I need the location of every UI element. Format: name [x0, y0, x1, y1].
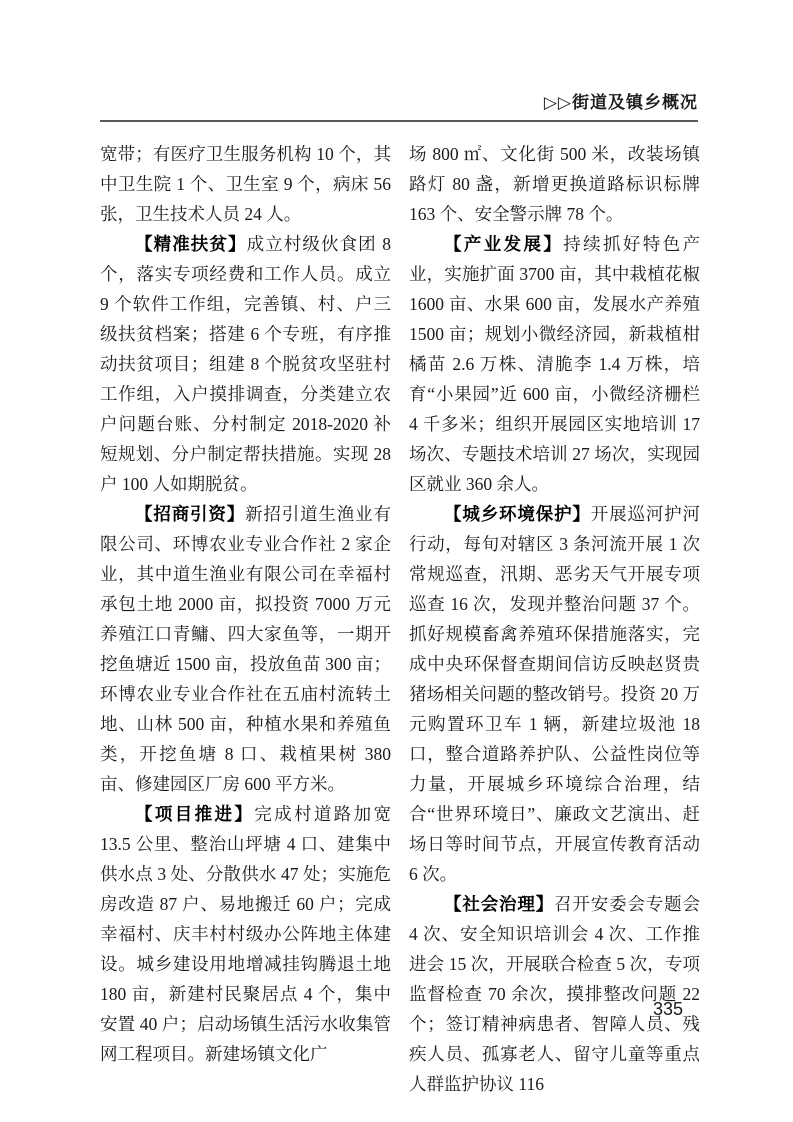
left-column: 宽带；有医疗卫生服务机构 10 个，其中卫生院 1 个、卫生室 9 个，病床 5…: [100, 139, 391, 1099]
paragraph-continuation: 场 800 ㎡、文化街 500 米，改装场镇路灯 80 盏，新增更换道路标识标牌…: [409, 139, 700, 229]
paragraph-text: 完成村道路加宽 13.5 公里、整治山坪塘 4 口、建集中供水点 3 处、分散供…: [100, 804, 391, 1064]
paragraph-xiangmutuijin: 【项目推进】完成村道路加宽 13.5 公里、整治山坪塘 4 口、建集中供水点 3…: [100, 799, 391, 1069]
section-heading: 【产业发展】: [444, 234, 563, 254]
paragraph-shehuizhili: 【社会治理】召开安委会专题会 4 次、安全知识培训会 4 次、工作推进会 15 …: [409, 889, 700, 1099]
paragraph-text: 宽带；有医疗卫生服务机构 10 个，其中卫生院 1 个、卫生室 9 个，病床 5…: [100, 144, 391, 224]
page-header: ▷▷街道及镇乡概况: [100, 88, 698, 122]
paragraph-text: 成立村级伙食团 8 个，落实专项经费和工作人员。成立 9 个软件工作组，完善镇、…: [100, 234, 391, 494]
paragraph-text: 场 800 ㎡、文化街 500 米，改装场镇路灯 80 盏，新增更换道路标识标牌…: [409, 144, 700, 224]
section-heading: 【项目推进】: [135, 804, 254, 824]
section-heading: 【精准扶贫】: [135, 234, 247, 254]
paragraph-continuation: 宽带；有医疗卫生服务机构 10 个，其中卫生院 1 个、卫生室 9 个，病床 5…: [100, 139, 391, 229]
paragraph-text: 开展巡河护河行动，每旬对辖区 3 条河流开展 1 次常规巡查，汛期、恶劣天气开展…: [409, 504, 700, 884]
section-heading: 【社会治理】: [444, 894, 554, 914]
paragraph-jingzhunfupin: 【精准扶贫】成立村级伙食团 8 个，落实专项经费和工作人员。成立 9 个软件工作…: [100, 229, 391, 499]
section-heading: 【招商引资】: [135, 504, 245, 524]
paragraph-zhaoshangyinzi: 【招商引资】新招引道生渔业有限公司、环博农业专业合作社 2 家企业，其中道生渔业…: [100, 499, 391, 799]
paragraph-text: 持续抓好特色产业，实施扩面 3700 亩，其中栽植花椒 1600 亩、水果 60…: [409, 234, 700, 494]
paragraph-text: 新招引道生渔业有限公司、环博农业专业合作社 2 家企业，其中道生渔业有限公司在幸…: [100, 504, 391, 794]
text-columns: 宽带；有医疗卫生服务机构 10 个，其中卫生院 1 个、卫生室 9 个，病床 5…: [100, 139, 700, 1099]
paragraph-text: 召开安委会专题会 4 次、安全知识培训会 4 次、工作推进会 15 次，开展联合…: [409, 894, 700, 1094]
paragraph-chengxianghuanjingbaohu: 【城乡环境保护】开展巡河护河行动，每旬对辖区 3 条河流开展 1 次常规巡查，汛…: [409, 499, 700, 889]
running-head-title: ▷▷街道及镇乡概况: [544, 93, 698, 112]
page-number: 335: [653, 999, 683, 1020]
paragraph-chanyefazhan: 【产业发展】持续抓好特色产业，实施扩面 3700 亩，其中栽植花椒 1600 亩…: [409, 229, 700, 499]
right-column: 场 800 ㎡、文化街 500 米，改装场镇路灯 80 盏，新增更换道路标识标牌…: [409, 139, 700, 1099]
document-page: ▷▷街道及镇乡概况 宽带；有医疗卫生服务机构 10 个，其中卫生院 1 个、卫生…: [0, 0, 793, 1122]
section-heading: 【城乡环境保护】: [444, 504, 591, 524]
